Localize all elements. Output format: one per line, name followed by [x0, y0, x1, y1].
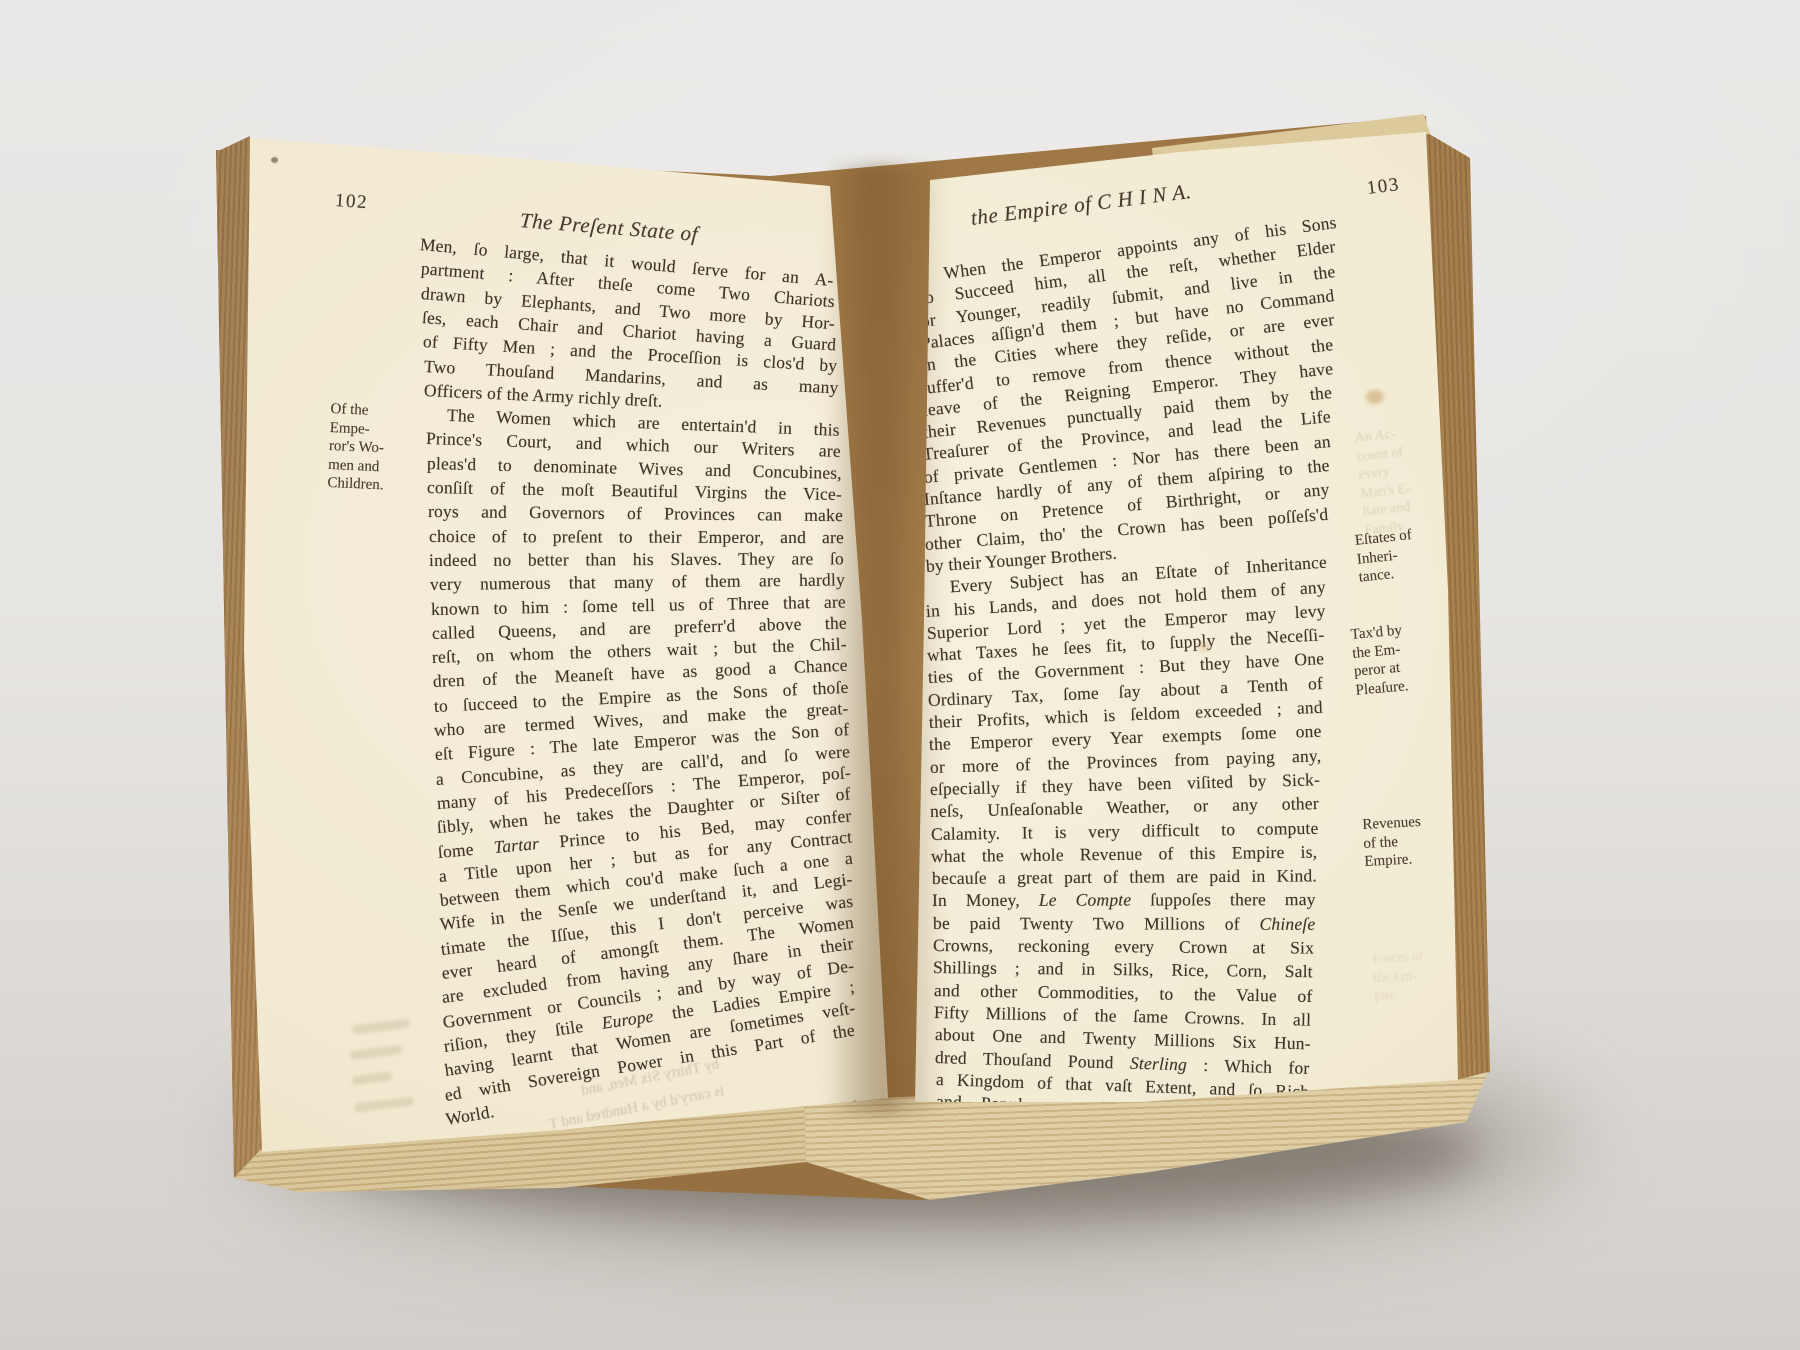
- text-line: choice of to preſent to their Emperor, a…: [429, 526, 844, 550]
- bleedthrough-text: Forces ofthe Em-pire.: [1372, 947, 1425, 1005]
- text-line: be paid Twenty Two Millions of Chineſe: [933, 913, 1315, 937]
- bleedthrough-smudge: [352, 1018, 411, 1034]
- bleedthrough-smudge: [354, 1096, 415, 1112]
- bleedthrough-smudge: [352, 1072, 393, 1086]
- note-line: Forces of: [1372, 947, 1424, 968]
- text-line: In Money, Le Compte ſuppoſes there may: [932, 889, 1316, 913]
- bleedthrough-smudge: [350, 1045, 403, 1060]
- foxing-spot: [1366, 390, 1384, 404]
- foxing-spot: [1198, 642, 1210, 652]
- text-line: roys and Governors of Provinces can make: [428, 501, 843, 528]
- note-line: the Em-: [1373, 966, 1425, 987]
- running-header-right: the Empire of C H I N A.: [969, 179, 1192, 231]
- text-line: what the whole Revenue of this Empire is…: [931, 841, 1318, 868]
- gutter-shadow: [826, 165, 946, 1115]
- text-line: becauſe a great part of them are paid in…: [932, 865, 1317, 891]
- note-line: pire.: [1374, 984, 1426, 1005]
- page-number-right: 103: [1366, 174, 1401, 200]
- paper-speck: [271, 157, 278, 163]
- page-number-left: 102: [334, 190, 368, 214]
- margin-note-emperors-women: Of theEmpe-ror's Wo-men andChildren.: [327, 400, 431, 497]
- note-line: Children.: [327, 474, 428, 497]
- photograph-open-antique-book: 102 The Preſent State of Men, ſo large, …: [0, 0, 1800, 1350]
- running-header-left: The Preſent State of: [519, 208, 699, 247]
- bleedthrough-text-column: An Ac-count ofeveryMan's E-ſtate andFami…: [1354, 425, 1416, 541]
